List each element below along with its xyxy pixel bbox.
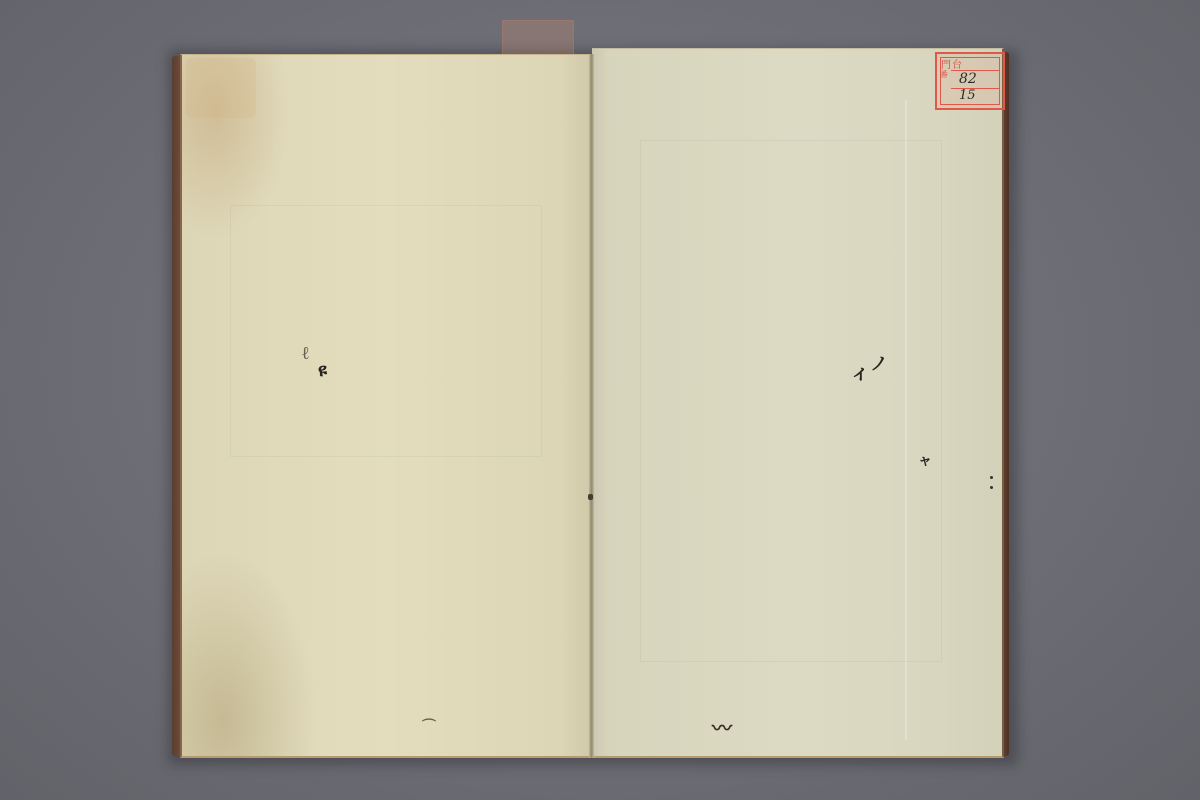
ink-dot-1 xyxy=(990,476,993,479)
ink-mark-right-3: ャ xyxy=(918,450,932,470)
show-through-text-right xyxy=(640,140,942,662)
corner-stain xyxy=(186,58,256,118)
library-stamp: 門台 番 82 15 xyxy=(935,52,1005,110)
ink-mark-right-2: ノ xyxy=(870,350,888,376)
ink-dot-2 xyxy=(990,486,993,489)
ink-mark-left-2: ዩ xyxy=(318,360,327,381)
ink-mark-right-1: ィ xyxy=(850,356,870,385)
show-through-text-left xyxy=(230,205,542,457)
ink-mark-bottom-right: 〰 xyxy=(712,712,732,741)
binding-thread-knot xyxy=(588,494,593,500)
ink-mark-left-1: ℓ xyxy=(302,343,309,364)
stamp-top-label: 門台 xyxy=(941,56,963,71)
book-gutter xyxy=(589,54,594,758)
ink-mark-bottom-left: ⌒ xyxy=(422,716,436,736)
stamp-side-label: 番 xyxy=(940,70,948,80)
stamp-number-1: 82 xyxy=(959,71,977,87)
stamp-number-2: 15 xyxy=(959,88,976,103)
